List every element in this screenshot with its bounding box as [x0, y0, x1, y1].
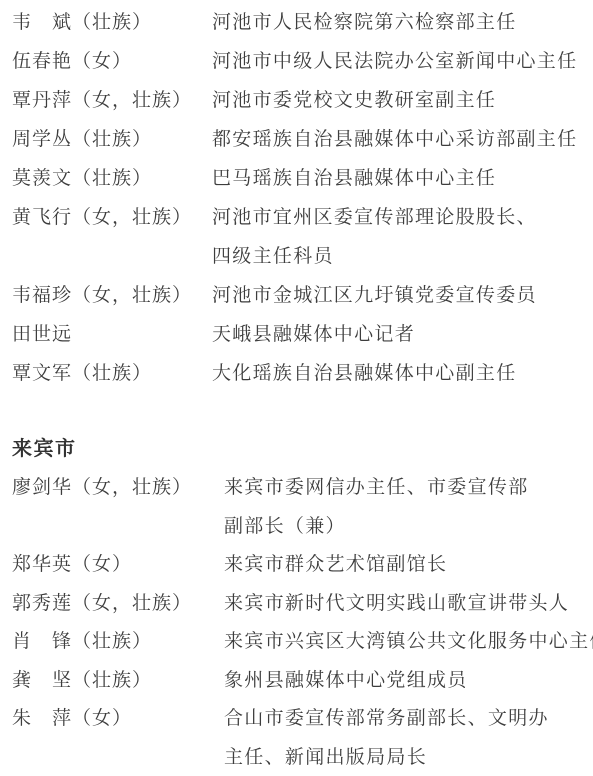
person-title-line: 天峨县融媒体中心记者 — [212, 315, 585, 354]
person-title-line: 来宾市群众艺术馆副馆长 — [224, 546, 585, 585]
person-title: 大化瑶族自治县融媒体中心副主任 — [212, 354, 585, 393]
person-name: 莫羡文（壮族） — [12, 159, 212, 198]
list-entry: 廖剑华（女，壮族）来宾市委网信办主任、市委宣传部副部长（兼） — [12, 469, 585, 546]
person-title: 来宾市群众艺术馆副馆长 — [224, 546, 585, 585]
list-entry: 周学丛（壮族）都安瑶族自治县融媒体中心采访部副主任 — [12, 120, 585, 159]
person-title: 河池市金城江区九圩镇党委宣传委员 — [212, 276, 585, 315]
person-title: 河池市人民检察院第六检察部主任 — [212, 3, 585, 42]
list-entry: 覃丹萍（女，壮族）河池市委党校文史教研室副主任 — [12, 81, 585, 120]
list-entry: 韦福珍（女，壮族）河池市金城江区九圩镇党委宣传委员 — [12, 276, 585, 315]
list-entry: 覃文军（壮族）大化瑶族自治县融媒体中心副主任 — [12, 354, 585, 393]
person-title: 河池市委党校文史教研室副主任 — [212, 81, 585, 120]
person-title-line: 副部长（兼） — [224, 508, 585, 547]
person-title: 来宾市委网信办主任、市委宣传部副部长（兼） — [224, 469, 585, 546]
list-entry: 郑华英（女）来宾市群众艺术馆副馆长 — [12, 546, 585, 585]
list-entry: 郭秀莲（女，壮族）来宾市新时代文明实践山歌宣讲带头人 — [12, 585, 585, 624]
person-name: 龚 坚（壮族） — [12, 662, 224, 701]
person-title: 天峨县融媒体中心记者 — [212, 315, 585, 354]
person-title: 来宾市新时代文明实践山歌宣讲带头人 — [224, 585, 585, 624]
list-entry: 韦 斌（壮族）河池市人民检察院第六检察部主任 — [12, 3, 585, 42]
person-name: 郑华英（女） — [12, 546, 224, 585]
list-entry: 黄飞行（女，壮族）河池市宜州区委宣传部理论股股长、四级主任科员 — [12, 198, 585, 276]
document-page: 韦 斌（壮族）河池市人民检察院第六检察部主任伍春艳（女）河池市中级人民法院办公室… — [0, 0, 593, 776]
list-entry: 伍春艳（女）河池市中级人民法院办公室新闻中心主任 — [12, 42, 585, 81]
person-title-line: 河池市中级人民法院办公室新闻中心主任 — [212, 42, 585, 81]
section: 来宾市廖剑华（女，壮族）来宾市委网信办主任、市委宣传部副部长（兼）郑华英（女）来… — [12, 430, 585, 776]
person-name: 韦 斌（壮族） — [12, 3, 212, 42]
person-title: 巴马瑶族自治县融媒体中心主任 — [212, 159, 585, 198]
person-title-line: 河池市宜州区委宣传部理论股股长、 — [212, 198, 585, 237]
person-title: 合山市委宣传部常务副部长、文明办主任、新闻出版局局长 — [224, 700, 585, 776]
person-title: 河池市宜州区委宣传部理论股股长、四级主任科员 — [212, 198, 585, 276]
list-entry: 莫羡文（壮族）巴马瑶族自治县融媒体中心主任 — [12, 159, 585, 198]
list-entry: 肖 锋（壮族）来宾市兴宾区大湾镇公共文化服务中心主任 — [12, 623, 585, 662]
person-title-line: 河池市委党校文史教研室副主任 — [212, 81, 585, 120]
section-header: 来宾市 — [12, 430, 585, 469]
list-entry: 田世远天峨县融媒体中心记者 — [12, 315, 585, 354]
person-title-line: 四级主任科员 — [212, 237, 585, 276]
person-name: 田世远 — [12, 315, 212, 354]
person-name: 肖 锋（壮族） — [12, 623, 224, 662]
person-name: 伍春艳（女） — [12, 42, 212, 81]
person-title-line: 来宾市新时代文明实践山歌宣讲带头人 — [224, 585, 585, 624]
person-name: 周学丛（壮族） — [12, 120, 212, 159]
person-name: 朱 萍（女） — [12, 700, 224, 739]
person-name: 覃丹萍（女，壮族） — [12, 81, 212, 120]
name-title-list: 韦 斌（壮族）河池市人民检察院第六检察部主任伍春艳（女）河池市中级人民法院办公室… — [12, 3, 585, 776]
person-title-line: 合山市委宣传部常务副部长、文明办 — [224, 700, 585, 739]
person-name: 黄飞行（女，壮族） — [12, 198, 212, 237]
person-title-line: 象州县融媒体中心党组成员 — [224, 662, 585, 701]
person-title-line: 都安瑶族自治县融媒体中心采访部副主任 — [212, 120, 585, 159]
person-name: 郭秀莲（女，壮族） — [12, 585, 224, 624]
person-title-line: 来宾市兴宾区大湾镇公共文化服务中心主任 — [224, 623, 585, 662]
person-name: 廖剑华（女，壮族） — [12, 469, 224, 508]
person-title: 河池市中级人民法院办公室新闻中心主任 — [212, 42, 585, 81]
person-title-line: 河池市金城江区九圩镇党委宣传委员 — [212, 276, 585, 315]
person-title-line: 河池市人民检察院第六检察部主任 — [212, 3, 585, 42]
person-title: 象州县融媒体中心党组成员 — [224, 662, 585, 701]
person-title-line: 大化瑶族自治县融媒体中心副主任 — [212, 354, 585, 393]
person-name: 韦福珍（女，壮族） — [12, 276, 212, 315]
list-entry: 龚 坚（壮族）象州县融媒体中心党组成员 — [12, 662, 585, 701]
person-title-line: 巴马瑶族自治县融媒体中心主任 — [212, 159, 585, 198]
list-entry: 朱 萍（女）合山市委宣传部常务副部长、文明办主任、新闻出版局局长 — [12, 700, 585, 776]
person-name: 覃文军（壮族） — [12, 354, 212, 393]
section: 韦 斌（壮族）河池市人民检察院第六检察部主任伍春艳（女）河池市中级人民法院办公室… — [12, 3, 585, 393]
person-title-line: 主任、新闻出版局局长 — [224, 739, 585, 776]
person-title: 来宾市兴宾区大湾镇公共文化服务中心主任 — [224, 623, 585, 662]
person-title: 都安瑶族自治县融媒体中心采访部副主任 — [212, 120, 585, 159]
person-title-line: 来宾市委网信办主任、市委宣传部 — [224, 469, 585, 508]
